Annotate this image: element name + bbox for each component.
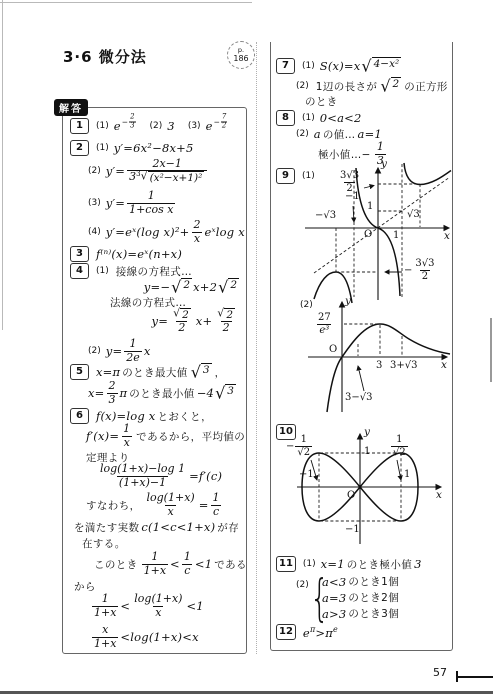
math: e [114, 119, 121, 133]
graph2-label-3-minus-sqrt3: 3−√3 [345, 392, 372, 403]
math: < [170, 557, 180, 571]
graph1-label-neg-sqrt3: −√3 [315, 210, 336, 221]
answer-item-5-line-1: 5 x=π のとき最大値 √3 ， [70, 364, 227, 380]
math: f(x)=log x [96, 409, 155, 423]
graph3-label-1-right: 1 [404, 469, 410, 480]
page-reference-badge: p. 186 [227, 41, 255, 69]
fraction: log(1+x)x [132, 593, 184, 619]
math: <log(1+x)<x [120, 630, 198, 644]
math: f′(x)= [86, 429, 119, 443]
math: eˣlog x [205, 225, 245, 239]
math: eπ>πe [303, 625, 338, 640]
graph3-label-neg-1-over-sqrt2: −1√2 [286, 434, 313, 458]
fraction: 11+x [142, 551, 168, 577]
annotation-arrow [397, 460, 401, 480]
math: 3 [167, 119, 175, 133]
part-marker: (3) [88, 198, 101, 208]
sqrt: √2 [380, 77, 401, 96]
part-marker: (2) [296, 580, 309, 590]
answer-item-7-line-2: (2) 1辺の長さが √2 の正方形 [296, 78, 450, 94]
item-number-12: 12 [276, 624, 296, 640]
jp-text: の正方形 [404, 79, 448, 94]
answer-item-6-line-11: x1+x <log(1+x)<x [90, 624, 199, 650]
math: c(1<c<1+x) [141, 520, 215, 534]
fraction: x1+x [92, 624, 118, 650]
graph1-label-sqrt3: √3 [407, 209, 420, 220]
item-number-2: 2 [70, 140, 89, 156]
jp-text: のとき1個 [348, 574, 399, 589]
item-number-4: 4 [70, 263, 89, 279]
jp-text: を満たす実数 [74, 520, 139, 535]
exponent: −72 [214, 114, 229, 130]
fraction: √22 [214, 308, 238, 335]
jp-text: すなわち， [86, 498, 141, 513]
fraction: 1c [211, 492, 222, 518]
jp-text: とおくと， [157, 409, 212, 424]
jp-text: のとき [305, 94, 338, 109]
curve-right-branch [404, 163, 451, 185]
item-number-11: 11 [276, 556, 296, 572]
jp-text: であるから，平均値の [136, 429, 245, 444]
part-marker: (1) [96, 121, 109, 131]
section-title: 3·6 微分法 [63, 46, 147, 67]
exponent: −23 [122, 114, 137, 130]
math: <1 [186, 599, 203, 613]
scan-edge-bottom [0, 691, 493, 694]
answer-item-6-line-4: log(1+x)−log 1(1+x)−1 =f′(c) [96, 462, 222, 490]
graph3-label-y-axis: y [364, 426, 370, 438]
badge-page-number: 186 [233, 55, 248, 63]
graph3-label-neg1-left: −1 [299, 469, 314, 480]
item-number-8: 8 [276, 110, 295, 126]
scan-edge-top [0, 2, 252, 3]
jp-text: が存 [217, 520, 239, 535]
answer-item-4-line-5: (2) y= 12e x [88, 338, 151, 364]
graph2-label-y-axis: y [345, 295, 351, 307]
math: −4 [197, 386, 214, 400]
answer-item-6-line-1: 6 f(x)=log x とおくと， [70, 408, 214, 424]
math: 0<a<2 [320, 111, 362, 125]
part-marker: (1) [96, 143, 109, 153]
answer-item-7-line-3: のとき [303, 94, 340, 108]
jp-text: の値… [323, 127, 356, 142]
graph1-label-origin: O [364, 229, 372, 240]
fraction: 23 [107, 380, 118, 406]
part-marker: (2) [88, 166, 101, 176]
answer-item-6-line-10: 11+x < log(1+x)x <1 [90, 592, 204, 620]
answer-item-5-line-2: x= 23 π のとき最小値 −4 √3 [88, 380, 237, 406]
math: x+ [196, 314, 213, 328]
math: S(x)=x [320, 59, 361, 73]
answer-item-8-line-1: 8 (1) 0<a<2 [276, 110, 362, 126]
fraction: 12e [124, 338, 142, 364]
sqrt: √2 [218, 278, 239, 297]
graph1-label-1-y: 1 [367, 201, 373, 212]
sqrt: √4−x² [361, 57, 401, 76]
fraction: 11+x [92, 593, 118, 619]
graph3-label-x-axis: x [436, 489, 442, 501]
part-marker: (2) [296, 129, 309, 139]
answer-item-4-line-4: y= √22 x+ √22 [88, 306, 240, 336]
part-marker: (1) [302, 113, 315, 123]
part-marker: (2) [150, 121, 163, 131]
graph1-label-neg1: −1 [345, 191, 360, 202]
sqrt: √2 [217, 308, 235, 321]
answer-item-3: 3 f⁽ⁿ⁾(x)=eˣ(n+x) [70, 246, 182, 262]
part-marker: (1) [303, 559, 316, 569]
answer-item-7-line-1: 7 (1) S(x)=x √4−x² [276, 58, 402, 74]
sqrt: √2 [173, 308, 191, 321]
answer-item-6-line-7: 在する。 [80, 536, 128, 550]
math: x= [88, 386, 105, 400]
math: f⁽ⁿ⁾(x)=eˣ(n+x) [96, 247, 182, 261]
jp-text: のとき最小値 [129, 386, 194, 401]
math: y=− [144, 280, 170, 294]
math: y′= [106, 196, 125, 210]
part-marker: (3) [188, 121, 201, 131]
answer-item-2-line-4: (4) y′=eˣ(log x)²+ 2x eˣlog x [88, 218, 245, 246]
textbook-answer-page: 3·6 微分法 p. 186 解答 1 (1) e−23 (2) 3 (3) e… [0, 0, 493, 700]
sqrt: √3 [215, 384, 236, 403]
answer-item-6-line-6: を満たす実数 c(1<c<1+x) が存 [72, 520, 241, 534]
math: y= [106, 344, 123, 358]
fraction: log(1+x)x [145, 492, 197, 518]
graph1-label-y-axis: y [381, 158, 387, 170]
math: y′=eˣ(log x)²+ [106, 225, 190, 239]
jp-text: のとき3個 [348, 606, 399, 621]
graph3-label-1-over-sqrt2: 1√2 [390, 434, 409, 458]
part-marker: (4) [88, 227, 101, 237]
graph2-label-3-plus-sqrt3: 3+√3 [390, 360, 417, 371]
answer-item-1: 1 (1) e−23 (2) 3 (3) e−72 [70, 118, 228, 134]
annotation-arrow [358, 366, 364, 391]
part-marker: (2) [88, 346, 101, 356]
answer-item-8-line-2: (2) a の値… a=1 [296, 126, 382, 142]
jp-text: のとき極小値 [347, 557, 412, 572]
graph3-label-origin: O [347, 490, 355, 501]
answer-item-11-case-2: a=3 のとき2個 [322, 590, 401, 605]
graph2-label-27-over-e3: 27e³ [315, 312, 334, 336]
fraction: 2x−1 33√(x²−x+1)² [127, 158, 207, 185]
answer-item-11-case-1: a<3 のとき1個 [322, 574, 401, 589]
math: a [314, 127, 321, 141]
math: π [120, 386, 128, 400]
math: x+2 [193, 280, 217, 294]
item-number-1: 1 [70, 118, 89, 134]
graph3-label-neg1-bottom: −1 [345, 524, 360, 535]
footer-rule [456, 676, 493, 678]
item-number-3: 3 [70, 246, 89, 262]
math: =f′(c) [189, 469, 222, 483]
math: x=π [96, 365, 120, 379]
jp-text: である [214, 557, 247, 572]
annotation-arrow [364, 186, 374, 189]
cube-root: √(x²−x+1)² [141, 171, 205, 184]
jp-text: このとき [94, 557, 138, 572]
math: y= [152, 314, 169, 328]
graph1-label-1-x: 1 [393, 230, 399, 241]
answer-item-11-line-1: 11 (1) x=1 のとき極小値 3 [276, 556, 422, 572]
column-divider-dotted [256, 42, 257, 654]
page-number: 57 [433, 666, 447, 679]
math: 3 [414, 557, 422, 571]
fraction: 1c [182, 551, 193, 577]
fraction: 1x [121, 423, 132, 449]
math: y′=6x²−8x+5 [114, 141, 194, 155]
jp-text: 在する。 [82, 536, 126, 551]
graph2-label-3: 3 [376, 360, 382, 371]
math: = [199, 498, 209, 512]
jp-text: ， [215, 365, 226, 380]
jp-text: 1辺の長さが [316, 79, 378, 94]
jp-text: のとき最大値 [122, 365, 187, 380]
math: a=1 [358, 127, 382, 141]
math: a>3 [322, 607, 346, 621]
answer-item-6-line-2: f′(x)= 1x であるから，平均値の [86, 424, 247, 448]
sqrt: √3 [191, 363, 212, 382]
part-marker: (1) [302, 61, 315, 71]
graph1-label-neg-3sqrt3-over-2: −3√32 [404, 258, 438, 282]
item-number-7: 7 [276, 58, 295, 74]
answer-item-2-line-2: (2) y′= 2x−1 33√(x²−x+1)² [88, 154, 209, 188]
answer-item-6-line-9: から [72, 579, 98, 593]
answer-item-6-line-8: このとき 11+x < 1c <1 である [92, 551, 249, 577]
fraction: 2x [192, 219, 203, 245]
math: < [120, 599, 130, 613]
scan-edge-left [2, 0, 3, 330]
scan-edge-right-mark [490, 318, 492, 382]
answer-item-12: 12 eπ>πe [276, 624, 338, 640]
fraction: log(1+x)−log 1(1+x)−1 [98, 463, 187, 489]
part-marker: (2) [296, 81, 309, 91]
fraction: √22 [170, 308, 194, 335]
badge-p-label: p. [238, 47, 244, 54]
answer-item-2-line-3: (3) y′= 11+cos x [88, 188, 177, 218]
math: <1 [195, 557, 212, 571]
jp-text: のとき2個 [348, 590, 399, 605]
math: e [206, 119, 213, 133]
item-number-6: 6 [70, 408, 89, 424]
answer-item-11-case-3: a>3 のとき3個 [322, 606, 401, 621]
math: a=3 [322, 591, 346, 605]
graph2-label-x-axis: x [441, 359, 447, 371]
answer-item-4-line-2: y=− √2 x+2 √2 [88, 279, 240, 295]
math: a<3 [322, 575, 346, 589]
math: y′= [106, 164, 125, 178]
answer-item-6-line-5: すなわち， log(1+x)x = 1c [84, 492, 224, 518]
graph1-label-x-axis: x [444, 230, 450, 242]
graph2-label-origin: O [329, 344, 337, 355]
math: x [144, 344, 151, 358]
part-marker: (1) [96, 266, 109, 276]
graph3-label-1-top: 1 [364, 446, 370, 457]
kaitou-tag: 解答 [54, 99, 88, 116]
fraction: 11+cos x [127, 190, 175, 216]
item-number-5: 5 [70, 364, 89, 380]
